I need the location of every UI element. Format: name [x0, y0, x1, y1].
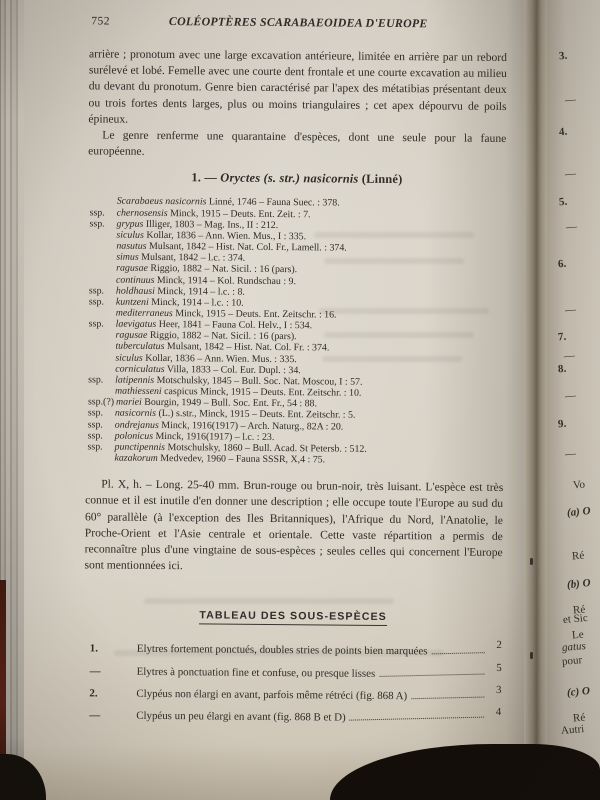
- synonymy-prefix: ssp.: [88, 430, 115, 441]
- key-section-title-text: TABLEAU DES SOUS-ESPÈCES: [199, 610, 387, 627]
- synonymy-list: Scarabaeus nasicornis Linné, 1746 – Faun…: [87, 196, 505, 467]
- facing-page-text-fragment: —: [564, 94, 576, 107]
- synonymy-prefix: ssp.: [89, 285, 116, 296]
- key-target-number: 3: [487, 684, 501, 696]
- synonymy-taxon-name: polonicus: [115, 430, 154, 441]
- species-heading: 1. — Oryctes (s. str.) nasicornis (Linné…: [88, 170, 506, 189]
- subgenus-name: (s. str.): [264, 171, 301, 185]
- facing-page-text-fragment: (b) O: [567, 577, 591, 591]
- facing-page-text-fragment: —: [564, 304, 576, 317]
- synonymy-taxon-name: latipennis: [115, 375, 154, 386]
- synonymy-taxon-name: laevigatus: [116, 319, 157, 330]
- running-title: COLÉOPTÈRES SCARABAEOIDEA D'EUROPE: [89, 13, 507, 32]
- facing-page-text-fragment: —: [564, 390, 576, 403]
- species-name: nasicornis: [303, 172, 358, 186]
- key-couplet-text: Elytres à ponctuation fine et confuse, o…: [137, 665, 376, 679]
- synonymy-prefix: ssp.: [88, 441, 115, 452]
- synonymy-taxon-name: mediterraneus: [116, 308, 173, 319]
- synonymy-taxon-name: kazakorum: [114, 453, 157, 464]
- gutter-page-edge-mark: [530, 558, 533, 565]
- facing-page-text-fragment: 3.: [558, 50, 567, 63]
- facing-page-text-fragment: —: [563, 350, 575, 363]
- book-gutter: [524, 0, 547, 800]
- synonymy-taxon-name: simus: [116, 252, 139, 263]
- dot-leader: [350, 717, 485, 721]
- key-couplet-number: 1.: [90, 643, 137, 655]
- synonymy-prefix: ssp.: [89, 296, 116, 307]
- synonymy-taxon-name: mathiesseni: [115, 386, 162, 397]
- key-couplet-number: 2.: [89, 687, 136, 699]
- key-target-number: 4: [487, 706, 501, 718]
- species-dash: —: [204, 171, 217, 185]
- facing-page-text-fragment: Vo: [572, 478, 585, 491]
- page-header: 752 COLÉOPTÈRES SCARABAEOIDEA D'EUROPE: [89, 11, 507, 35]
- facing-page-text-fragment: et Sic: [563, 612, 589, 626]
- synonymy-prefix: ssp.: [88, 374, 115, 385]
- synonymy-taxon-name: ragusae: [116, 263, 148, 274]
- synonymy-taxon-name: chernosensis: [117, 207, 168, 218]
- key-section-title: TABLEAU DES SOUS-ESPÈCES: [84, 609, 502, 628]
- synonymy-taxon-name: Scarabaeus nasicornis: [117, 196, 207, 208]
- facing-page-text-fragment: pour: [562, 654, 583, 668]
- synonymy-reference: Minck, 1914 – l.c. : 8.: [157, 286, 245, 298]
- synonymy-taxon-name: siculus: [115, 352, 143, 363]
- facing-page-text-fragment: —: [565, 221, 577, 234]
- gutter-page-edge-mark: [530, 652, 533, 659]
- key-couplet-number: —: [89, 710, 136, 722]
- synonymy-taxon-name: nasutus: [116, 241, 146, 252]
- synonymy-taxon-name: continuus: [116, 274, 155, 285]
- synonymy-prefix: ssp.: [88, 408, 115, 419]
- synonymy-reference: Mulsant, 1842 – l.c. : 374.: [141, 252, 245, 264]
- dot-leader: [431, 653, 484, 655]
- key-target-number: 5: [488, 662, 502, 674]
- synonymy-taxon-name: tuberculatus: [115, 341, 164, 352]
- paragraph-genus-summary: Le genre renferme une quarantaine d'espè…: [88, 127, 506, 163]
- species-author: (Linné): [362, 172, 403, 186]
- page-content: 752 COLÉOPTÈRES SCARABAEOIDEA D'EUROPE a…: [21, 0, 530, 800]
- genus-name: Oryctes: [220, 171, 260, 185]
- identification-key: 1.Elytres fortement ponctués, doubles st…: [89, 643, 502, 736]
- synonymy-taxon-name: kuntzeni: [116, 296, 149, 307]
- paragraph-genus-description: arrière ; pronotum avec une large excava…: [88, 46, 507, 131]
- key-couplet-text: Elytres fortement ponctués, doubles stri…: [137, 643, 428, 658]
- synonymy-taxon-name: grypus: [116, 218, 143, 229]
- facing-page-text-fragment: —: [564, 168, 576, 181]
- bottom-right-shadow: [545, 778, 600, 800]
- synonymy-taxon-name: holdhausi: [116, 285, 155, 296]
- synonymy-taxon-name: corniculatus: [115, 363, 164, 374]
- book-photo: 752 COLÉOPTÈRES SCARABAEOIDEA D'EUROPE a…: [0, 0, 600, 800]
- synonymy-prefix: ssp.: [88, 419, 115, 430]
- key-target-number: 2: [488, 639, 502, 651]
- synonymy-taxon-name: siculus: [116, 230, 144, 241]
- facing-page-text-fragment: 6.: [557, 258, 566, 271]
- facing-page-text-fragment: 9.: [557, 418, 566, 431]
- synonymy-reference: Minck, 1914 – l.c. : 10.: [151, 297, 244, 309]
- synonymy-taxon-name: ondrejanus: [115, 419, 159, 430]
- facing-page-edge: 3.—4.—5.—6.—7.—8.—9.—Vo(a) ORé(b) ORéet …: [547, 0, 600, 800]
- paragraph-species-description: Pl. X, h. – Long. 25-40 mm. Brun-rouge o…: [84, 477, 503, 578]
- dot-leader: [411, 697, 484, 700]
- facing-page-text-fragment: gatus: [562, 640, 587, 654]
- key-row: —Clypéus un peu élargi en avant (fig. 86…: [89, 710, 501, 736]
- facing-page-text-fragment: 4.: [558, 126, 567, 139]
- facing-page-text-fragment: 5.: [558, 196, 567, 209]
- synonymy-taxon-name: nasicornis: [115, 408, 156, 419]
- synonymy-prefix: ssp.: [89, 319, 116, 330]
- facing-page-text-fragment: —: [564, 448, 576, 461]
- synonymy-taxon-name: ragusae: [116, 330, 148, 341]
- facing-page-text-fragment: 7.: [557, 331, 566, 344]
- facing-page-text-fragment: (c) O: [567, 685, 591, 699]
- synonymy-entry: kazakorum Medvedev, 1960 – Fauna SSSR, X…: [87, 452, 503, 467]
- synonymy-prefix: ssp.: [90, 207, 117, 218]
- synonymy-reference: Minck, 1916(1917) – l.c. : 23.: [156, 431, 275, 443]
- key-couplet-number: —: [90, 665, 137, 677]
- facing-page-text-fragment: 8.: [557, 363, 566, 376]
- synonymy-taxon-name: mariei: [116, 397, 142, 408]
- key-couplet-text: Clypéus un peu élargi en avant (fig. 868…: [136, 710, 346, 724]
- synonymy-reference: Medvedev, 1960 – Fauna SSSR, X,4 : 75.: [160, 453, 325, 465]
- key-couplet-text: Clypéus non élargi en avant, parfois mêm…: [136, 688, 407, 702]
- book-page: 752 COLÉOPTÈRES SCARABAEOIDEA D'EUROPE a…: [24, 0, 526, 800]
- synonymy-prefix: ssp.(?): [88, 397, 116, 408]
- synonymy-reference: Linné, 1746 – Fauna Suec. : 378.: [209, 197, 340, 209]
- synonymy-taxon-name: punctipennis: [115, 441, 166, 452]
- dot-leader: [379, 673, 484, 676]
- facing-page-text-fragment: Ré: [572, 549, 585, 562]
- synonymy-prefix: ssp.: [89, 218, 116, 229]
- facing-page-text-fragment: (a) O: [567, 505, 591, 519]
- species-number: 1.: [191, 171, 201, 185]
- synonymy-reference: Illiger, 1803 – Mag. Ins., II : 212.: [146, 219, 278, 231]
- facing-page-text-fragment: Autri: [561, 723, 585, 737]
